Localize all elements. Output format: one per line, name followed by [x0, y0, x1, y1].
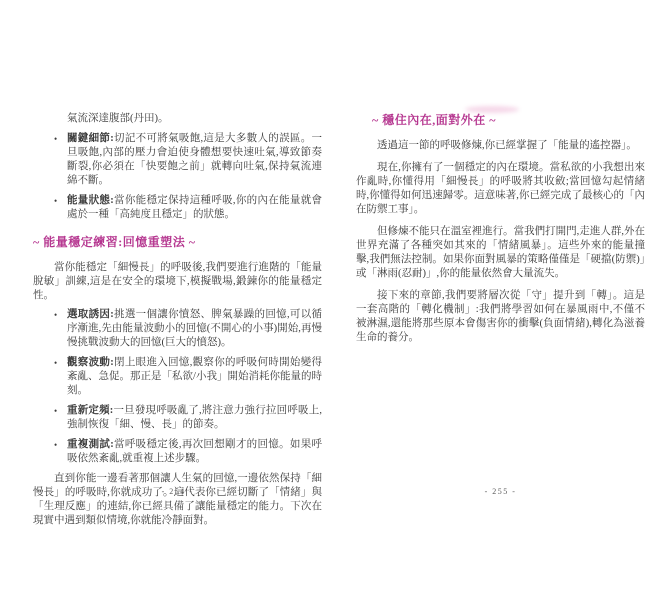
body-paragraph: 現在,你擁有了一個穩定的內在環境。當私欲的小我想出來作亂時,你懂得用「細慢長」的…	[356, 161, 645, 217]
page-left: 氣流深達腹部(丹田)。 •關鍵細節:切記不可將氣吸飽,這是大多數人的誤區。一旦吸…	[33, 112, 322, 533]
bullet-item: •關鍵細節:切記不可將氣吸飽,這是大多數人的誤區。一旦吸飽,內部的壓力會迫使身體…	[33, 132, 322, 188]
bullet-label: 觀察波動:	[67, 357, 114, 368]
bullet-item: •能量狀態:當你能穩定保持這種呼吸,你的內在能量就會處於一種「高純度且穩定」的狀…	[33, 194, 322, 222]
paragraph-continuation: 氣流深達腹部(丹田)。	[33, 112, 322, 126]
bullet-marker: •	[54, 194, 57, 208]
bullet-item: •重新定頻:一旦發現呼吸亂了,將注意力強行拉回呼吸上,強制恢復「細、慢、長」的節…	[33, 404, 322, 432]
bullet-label: 能量狀態:	[67, 195, 114, 206]
page-number: - 254 -	[33, 487, 322, 496]
bullet-marker: •	[54, 356, 57, 370]
bullet-marker: •	[54, 404, 57, 418]
bullet-marker: •	[54, 132, 57, 146]
body-paragraph: 透過這一節的呼吸修煉,你已經掌握了「能量的遙控器」。	[356, 139, 645, 153]
body-paragraph: 直到你能一邊看著那個讓人生氣的回憶,一邊依然保持「細慢長」的呼吸時,你就成功了。…	[33, 472, 322, 528]
bullet-label: 選取誘因:	[67, 309, 114, 320]
bullet-label: 重複測試:	[67, 439, 114, 450]
bullet-label: 重新定頻:	[67, 405, 113, 416]
bullet-marker: •	[54, 308, 57, 322]
page-right: ~ 穩住內在,面對外在 ~ 透過這一節的呼吸修煉,你已經掌握了「能量的遙控器」。…	[356, 112, 645, 353]
bullet-label: 關鍵細節:	[67, 133, 114, 144]
body-paragraph: 當你能穩定「細慢長」的呼吸後,我們要進行進階的「能量脫敏」訓練,這是在安全的環境…	[33, 261, 322, 303]
page-number: - 255 -	[356, 487, 645, 496]
section-heading: ~ 穩住內在,面對外在 ~	[356, 112, 645, 128]
bullet-marker: •	[54, 438, 57, 452]
bullet-item: •選取誘因:挑選一個讓你憤怒、脾氣暴躁的回憶,可以循序漸進,先由能量波動小的回憶…	[33, 308, 322, 350]
bullet-item: •觀察波動:閉上眼進入回憶,觀察你的呼吸何時開始變得紊亂、急促。那正是「私欲/小…	[33, 356, 322, 398]
book-spread: 氣流深達腹部(丹田)。 •關鍵細節:切記不可將氣吸飽,這是大多數人的誤區。一旦吸…	[0, 0, 655, 609]
body-paragraph: 但修煉不能只在溫室裡進行。當我們打開門,走進人群,外在世界充滿了各種突如其來的「…	[356, 225, 645, 281]
bullet-item: •重複測試:當呼吸穩定後,再次回想剛才的回憶。如果呼吸依然紊亂,就重複上述步驟。	[33, 438, 322, 466]
section-heading: ~ 能量穩定練習:回憶重塑法 ~	[33, 234, 322, 250]
body-paragraph: 接下來的章節,我們要將層次從「守」提升到「轉」。這是一套高階的「轉化機制」:我們…	[356, 289, 645, 345]
